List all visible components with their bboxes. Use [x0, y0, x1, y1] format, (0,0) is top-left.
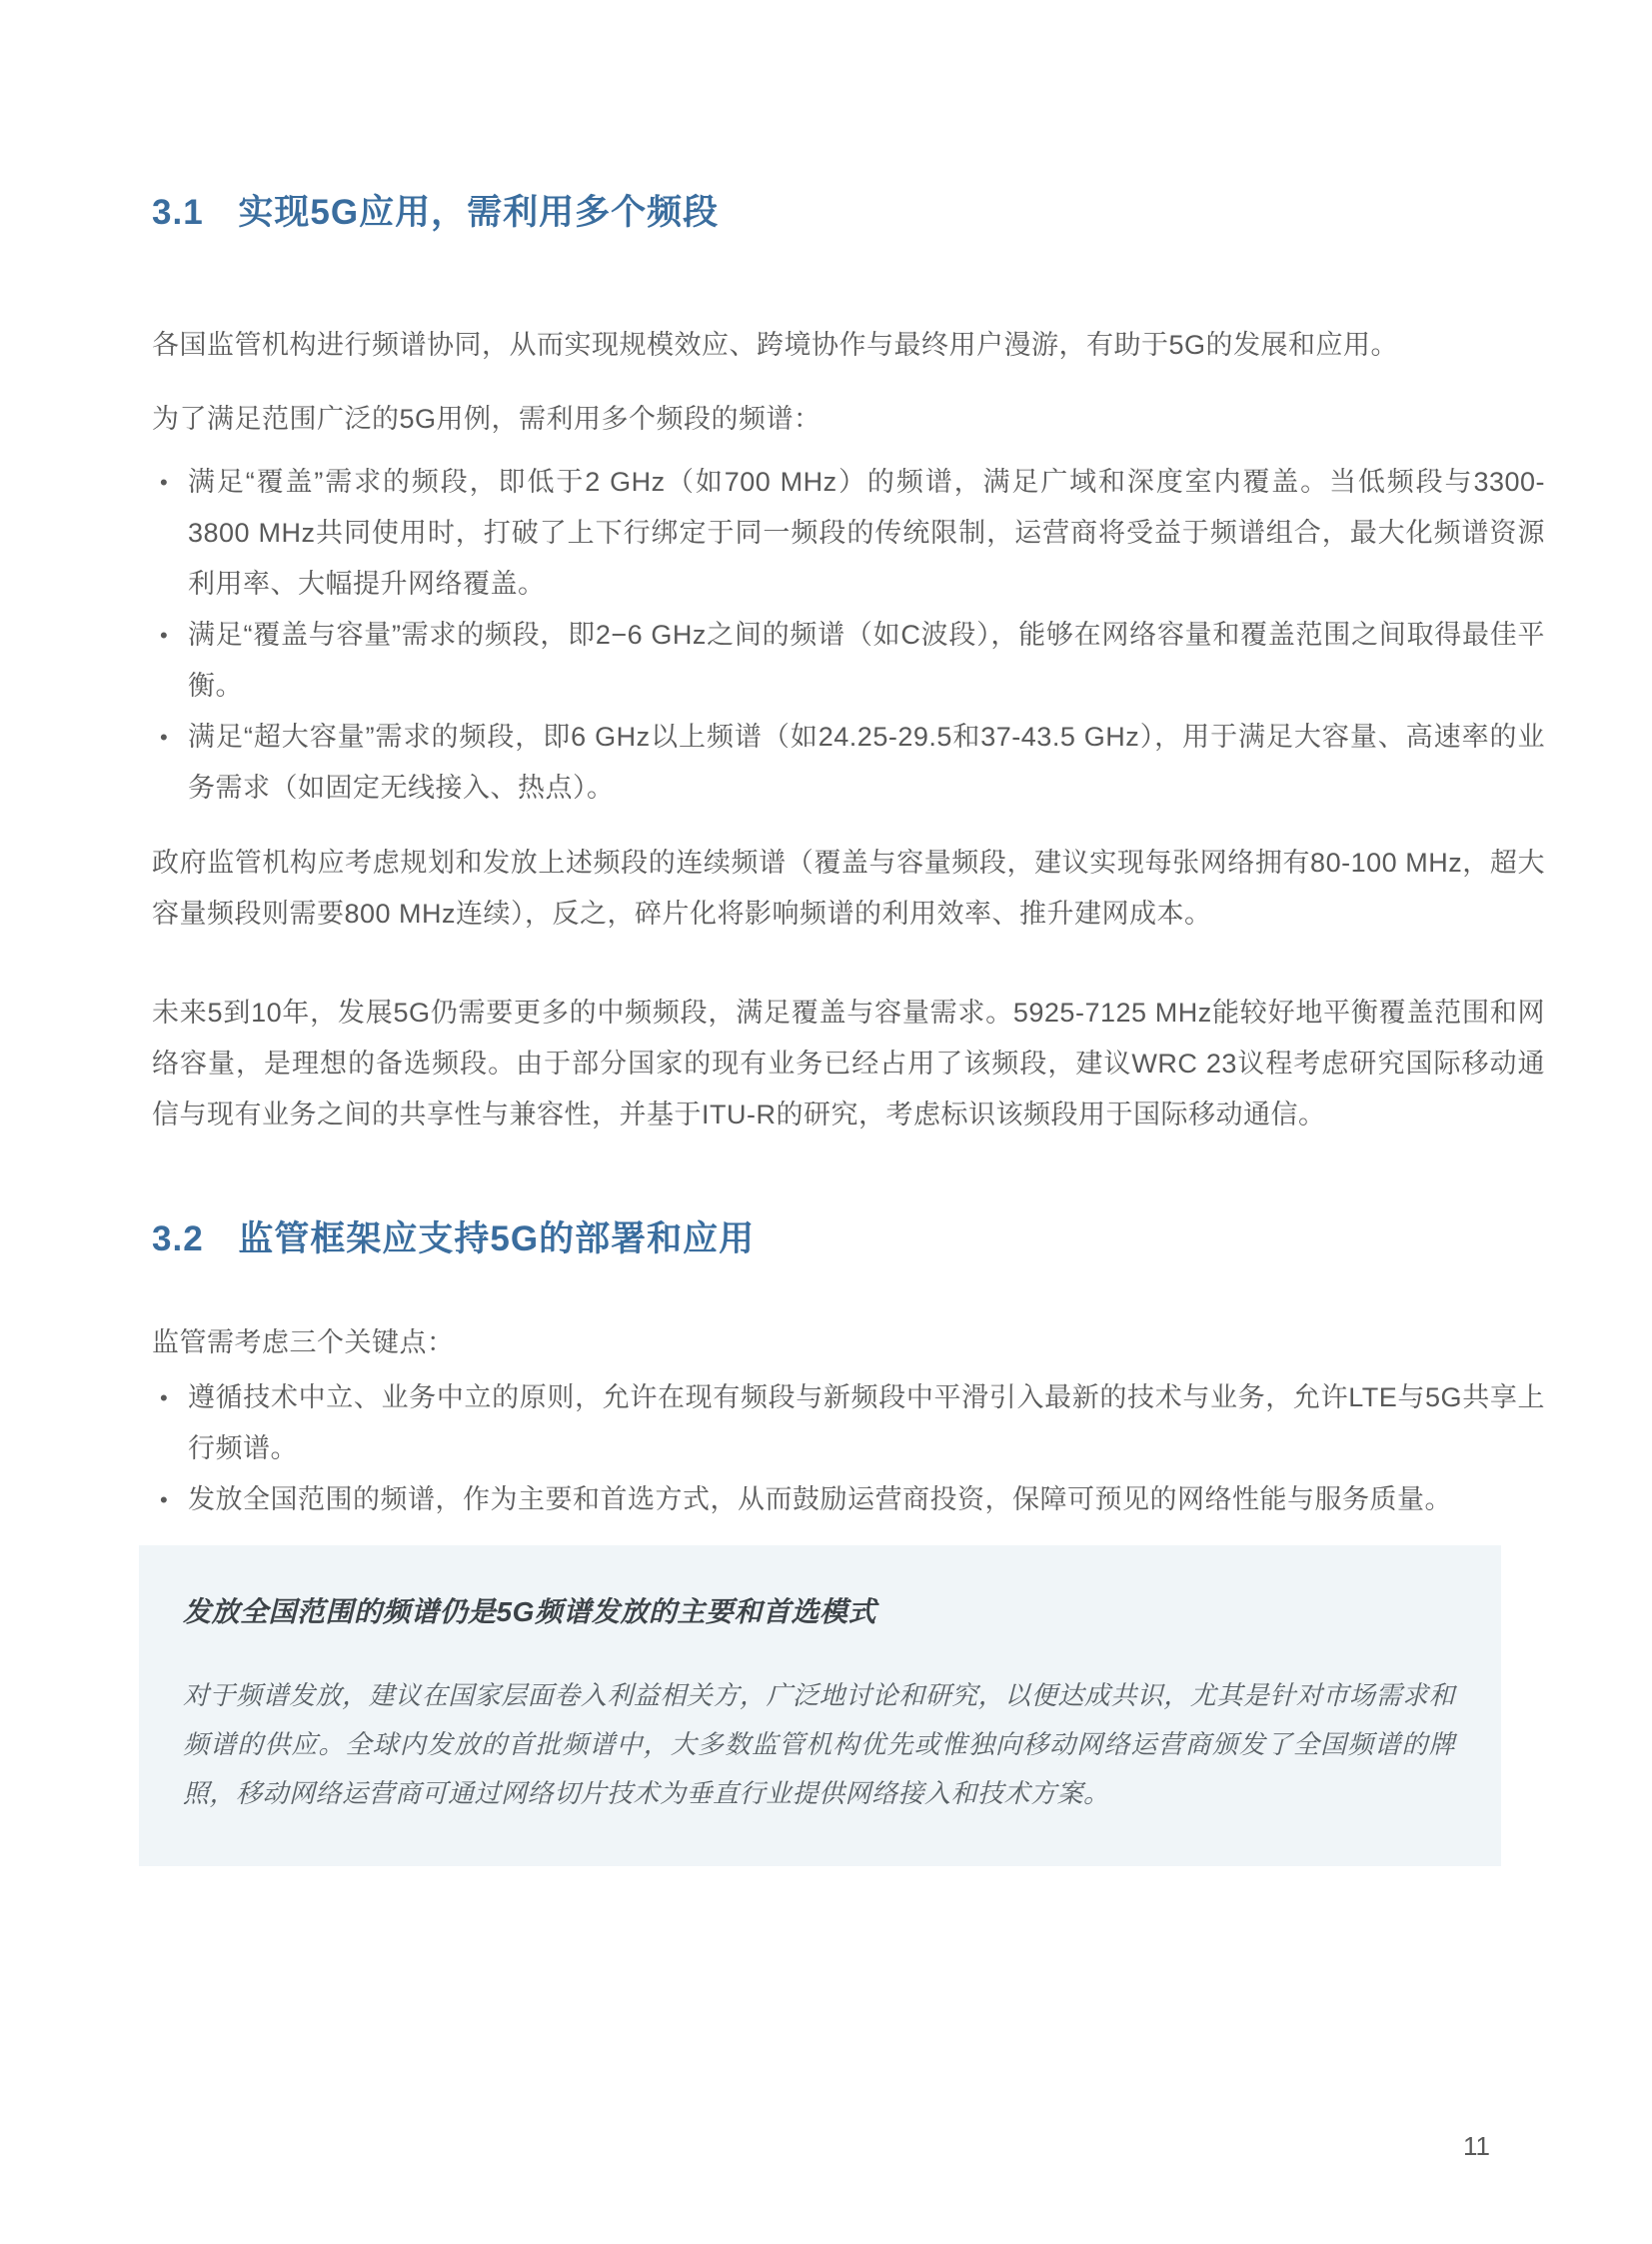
- paragraph-multiband-intro: 为了满足范围广泛的5G用例，需利用多个频段的频谱：: [152, 394, 1545, 445]
- section-heading-3-2: 3.2 监管框架应支持5G的部署和应用: [152, 1216, 1545, 1262]
- paragraph-mid-band-future: 未来5到10年，发展5G仍需要更多的中频频段，满足覆盖与容量需求。5925-71…: [152, 988, 1545, 1140]
- section-number-3-2: 3.2: [152, 1219, 204, 1258]
- bullet-item-super-capacity-band: • 满足“超大容量”需求的频段，即6 GHz以上频谱（如24.25-29.5和3…: [152, 712, 1545, 814]
- bullet-text-coverage-capacity-band: 满足“覆盖与容量”需求的频段，即2−6 GHz之间的频谱（如C波段），能够在网络…: [188, 610, 1545, 712]
- document-page: 3.1 实现5G应用，需利用多个频段 各国监管机构进行频谱协同，从而实现规模效应…: [0, 0, 1652, 2244]
- bullet-text-tech-neutrality: 遵循技术中立、业务中立的原则，允许在现有频段与新频段中平滑引入最新的技术与业务，…: [188, 1372, 1545, 1474]
- paragraph-regulation-keypoints: 监管需考虑三个关键点：: [152, 1317, 1545, 1368]
- section-title-3-1: 实现5G应用，需利用多个频段: [238, 193, 719, 232]
- band-bullet-list: • 满足“覆盖”需求的频段，即低于2 GHz（如700 MHz）的频谱，满足广域…: [152, 457, 1545, 814]
- section-heading-3-1: 3.1 实现5G应用，需利用多个频段: [152, 190, 1545, 236]
- bullet-item-coverage-band: • 满足“覆盖”需求的频段，即低于2 GHz（如700 MHz）的频谱，满足广域…: [152, 457, 1545, 610]
- bullet-marker-icon: •: [152, 457, 188, 508]
- bullet-marker-icon: •: [152, 610, 188, 661]
- page-number: 11: [1463, 2131, 1490, 2162]
- paragraph-spectrum-coordination: 各国监管机构进行频谱协同，从而实现规模效应、跨境协作与最终用户漫游，有助于5G的…: [152, 320, 1545, 371]
- section-title-3-2: 监管框架应支持5G的部署和应用: [238, 1219, 755, 1258]
- callout-box: 发放全国范围的频谱仍是5G频谱发放的主要和首选模式 对于频谱发放，建议在国家层面…: [139, 1545, 1501, 1866]
- bullet-marker-icon: •: [152, 1474, 188, 1525]
- bullet-item-nationwide-spectrum: • 发放全国范围的频谱，作为主要和首选方式，从而鼓励运营商投资，保障可预见的网络…: [152, 1474, 1545, 1525]
- bullet-text-coverage-band: 满足“覆盖”需求的频段，即低于2 GHz（如700 MHz）的频谱，满足广域和深…: [188, 457, 1545, 610]
- bullet-item-tech-neutrality: • 遵循技术中立、业务中立的原则，允许在现有频段与新频段中平滑引入最新的技术与业…: [152, 1372, 1545, 1474]
- callout-body: 对于频谱发放，建议在国家层面卷入利益相关方，广泛地讨论和研究，以便达成共识，尤其…: [183, 1671, 1455, 1818]
- section-number-3-1: 3.1: [152, 193, 204, 232]
- bullet-marker-icon: •: [152, 712, 188, 763]
- callout-title: 发放全国范围的频谱仍是5G频谱发放的主要和首选模式: [183, 1595, 1455, 1629]
- bullet-text-nationwide-spectrum: 发放全国范围的频谱，作为主要和首选方式，从而鼓励运营商投资，保障可预见的网络性能…: [188, 1474, 1545, 1525]
- bullet-marker-icon: •: [152, 1372, 188, 1423]
- paragraph-contiguous-spectrum: 政府监管机构应考虑规划和发放上述频段的连续频谱（覆盖与容量频段，建议实现每张网络…: [152, 838, 1545, 940]
- bullet-item-coverage-capacity-band: • 满足“覆盖与容量”需求的频段，即2−6 GHz之间的频谱（如C波段），能够在…: [152, 610, 1545, 712]
- bullet-text-super-capacity-band: 满足“超大容量”需求的频段，即6 GHz以上频谱（如24.25-29.5和37-…: [188, 712, 1545, 814]
- regulation-bullet-list: • 遵循技术中立、业务中立的原则，允许在现有频段与新频段中平滑引入最新的技术与业…: [152, 1372, 1545, 1525]
- page-content: 3.1 实现5G应用，需利用多个频段 各国监管机构进行频谱协同，从而实现规模效应…: [152, 0, 1545, 1866]
